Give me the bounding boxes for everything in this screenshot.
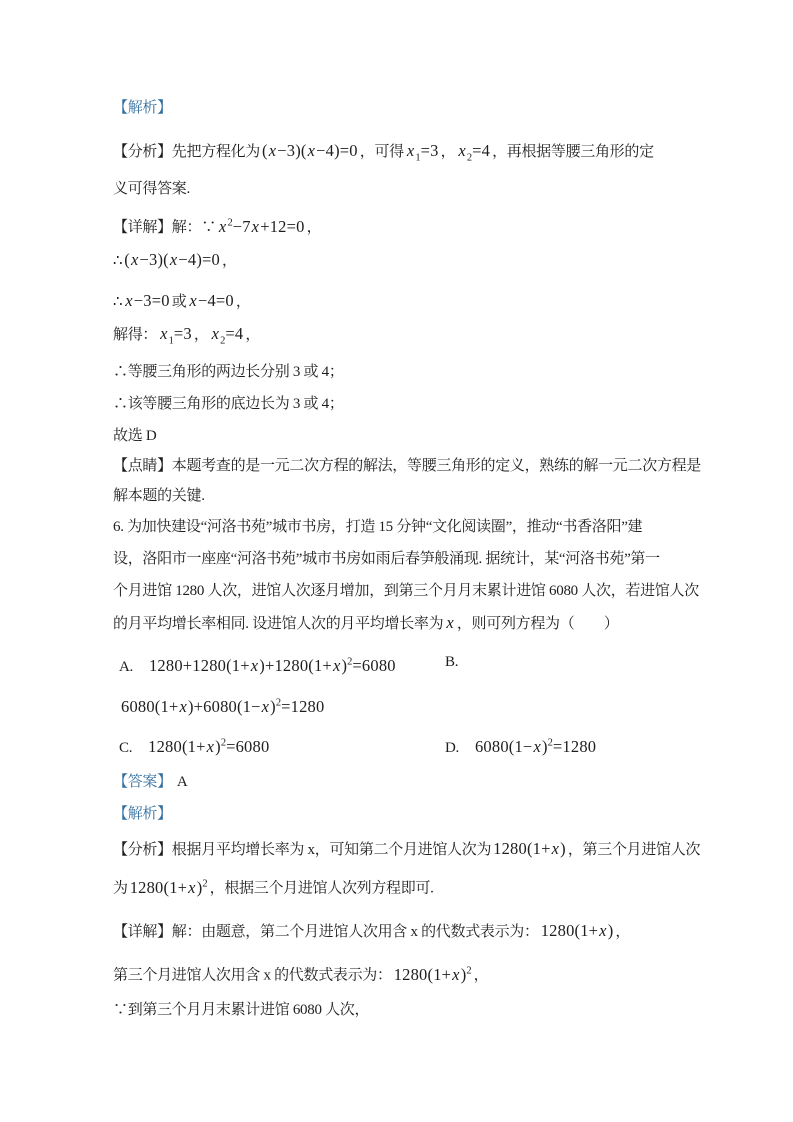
q6-jiexi-line: 【解析】 bbox=[113, 802, 172, 826]
text-segment: 【点睛】本题考查的是一元二次方程的解法，等腰三角形的定义，熟练的解一元二次方程是 bbox=[113, 458, 701, 474]
text-segment: 【详解】解：∵ bbox=[113, 220, 216, 236]
text-segment: 为 bbox=[113, 881, 128, 897]
therefore-symbol: ∴ bbox=[113, 294, 122, 310]
therefore-symbol: ∴ bbox=[113, 253, 122, 269]
math-segment: x−3=0 bbox=[124, 291, 169, 310]
option-a-formula: 1280+1280(1+x)+1280(1+x)2=6080 bbox=[149, 656, 396, 675]
math-segment: x1=3 bbox=[159, 324, 192, 343]
option-b-formula: 6080(1+x)+6080(1−x)2=1280 bbox=[121, 697, 324, 716]
sol5-jiexi-line: 【解析】 bbox=[113, 96, 172, 120]
math-segment: x2=4 bbox=[211, 324, 244, 343]
option-d-label: D. bbox=[445, 740, 459, 756]
q6-answer-line: 【答案】A bbox=[113, 770, 187, 794]
text-segment: ， bbox=[194, 327, 209, 343]
q6-stem-line4: 的月平均增长率相同. 设进馆人次的月平均增长率为x，则可列方程为（ ） bbox=[113, 611, 619, 636]
q6-option-b-formula-row: 6080(1+x)+6080(1−x)2=1280 bbox=[119, 691, 326, 720]
text-segment: 的月平均增长率相同. 设进馆人次的月平均增长率为 bbox=[113, 616, 443, 632]
text-segment: 解本题的关键. bbox=[113, 488, 205, 504]
text-segment: 设，洛阳市一座座“河洛书苑”城市书房如雨后春笋般涌现. 据统计，某“河洛书苑”第… bbox=[113, 551, 660, 567]
math-segment: 1280(1+x) bbox=[493, 839, 566, 858]
q6-detail-line1: 【详解】解：由题意，第二个月进馆人次用含 x 的代数式表示为：1280(1+x)… bbox=[113, 919, 630, 944]
text-segment: ，根据三个月进馆人次列方程即可. bbox=[210, 881, 434, 897]
text-segment: 义可得答案. bbox=[113, 181, 190, 197]
q6-stem-line1: 6. 为加快建设“河洛书苑”城市书房，打造 15 分钟“文化阅读圈”，推动“书香… bbox=[113, 515, 642, 539]
text-segment: ， bbox=[307, 220, 322, 236]
answer-value: A bbox=[177, 774, 188, 790]
math-segment: x2=4 bbox=[457, 141, 490, 160]
sol5-step-factor: ∴(x−3)(x−4)=0， bbox=[113, 248, 237, 273]
sol5-step-or: ∴x−3=0或x−4=0， bbox=[113, 289, 251, 314]
option-d-formula: 6080(1−x)2=1280 bbox=[475, 737, 596, 756]
q6-stem-line2: 设，洛阳市一座座“河洛书苑”城市书房如雨后春笋般涌现. 据统计，某“河洛书苑”第… bbox=[113, 547, 660, 571]
sol5-analysis-line2: 义可得答案. bbox=[113, 177, 190, 201]
text-segment: 故选 D bbox=[113, 428, 156, 444]
q6-analysis-line2: 为1280(1+x)2，根据三个月进馆人次列方程即可. bbox=[113, 872, 434, 901]
jiexi-label: 【解析】 bbox=[113, 100, 172, 116]
option-d-group: D.6080(1−x)2=1280 bbox=[445, 731, 598, 760]
q6-because-line: ∵到第三个月月末累计进馆 6080 人次， bbox=[113, 998, 369, 1022]
text-segment: ， bbox=[615, 924, 630, 940]
because-symbol-text: ∵到第三个月月末累计进馆 6080 人次， bbox=[113, 1002, 369, 1018]
option-a-label: A. bbox=[119, 659, 133, 675]
math-segment: 1280(1+x) bbox=[541, 921, 614, 940]
sol5-note-line2: 解本题的关键. bbox=[113, 484, 205, 508]
sol5-step-sides: ∴等腰三角形的两边长分别 3 或 4； bbox=[113, 360, 344, 384]
text-segment: 解得： bbox=[113, 327, 157, 343]
text-segment: 或 bbox=[172, 294, 187, 310]
math-segment: x bbox=[445, 613, 455, 632]
jiexi-label: 【解析】 bbox=[113, 806, 172, 822]
math-segment: x−4=0 bbox=[188, 291, 233, 310]
text-segment: ， bbox=[236, 294, 251, 310]
text-segment: ， bbox=[474, 968, 489, 984]
sol5-choice-line: 故选 D bbox=[113, 424, 156, 448]
q6-detail-line2: 第三个月进馆人次用含 x 的代数式表示为：1280(1+x)2， bbox=[113, 959, 488, 988]
text-segment: ，第三个月进馆人次 bbox=[568, 842, 700, 858]
q6-analysis-line1: 【分析】根据月平均增长率为 x，可知第二个月进馆人次为1280(1+x)，第三个… bbox=[113, 837, 700, 862]
text-segment: ， bbox=[222, 253, 237, 269]
text-segment: ， bbox=[441, 144, 456, 160]
sol5-note-line1: 【点睛】本题考查的是一元二次方程的解法，等腰三角形的定义，熟练的解一元二次方程是 bbox=[113, 454, 701, 478]
text-segment: ，可得 bbox=[360, 144, 404, 160]
text-segment: 【详解】解：由题意，第二个月进馆人次用含 x 的代数式表示为： bbox=[113, 924, 539, 940]
answer-label: 【答案】 bbox=[113, 774, 172, 790]
text-segment: 6. 为加快建设“河洛书苑”城市书房，打造 15 分钟“文化阅读圈”，推动“书香… bbox=[113, 519, 642, 535]
option-c-formula: 1280(1+x)2=6080 bbox=[148, 737, 269, 756]
text-segment: 【分析】先把方程化为 bbox=[113, 144, 260, 160]
q6-option-row-cd: C.1280(1+x)2=6080 D.6080(1−x)2=1280 bbox=[119, 731, 271, 760]
math-segment: 1280(1+x)2 bbox=[130, 878, 208, 897]
option-b-label: B. bbox=[445, 650, 458, 674]
text-segment: ， bbox=[245, 327, 260, 343]
sol5-step-base: ∴该等腰三角形的底边长为 3 或 4； bbox=[113, 392, 344, 416]
document-page: 【解析】 【分析】先把方程化为(x−3)(x−4)=0，可得x1=3，x2=4，… bbox=[0, 0, 793, 1122]
text-segment: ，则可列方程为（ ） bbox=[457, 616, 619, 632]
sol5-detail-line: 【详解】解：∵x2−7x+12=0， bbox=[113, 211, 321, 240]
text-segment: ，再根据等腰三角形的定 bbox=[492, 144, 654, 160]
math-segment: 1280(1+x)2 bbox=[394, 965, 472, 984]
math-segment: (x−3)(x−4)=0 bbox=[124, 250, 220, 269]
text-segment: ∴该等腰三角形的底边长为 3 或 4； bbox=[113, 396, 344, 412]
q6-option-row-ab: A.1280+1280(1+x)+1280(1+x)2=6080 B. bbox=[119, 650, 398, 679]
math-segment: x1=3 bbox=[406, 141, 439, 160]
math-segment: x2−7x+12=0 bbox=[218, 217, 305, 236]
text-segment: 个月进馆 1280 人次，进馆人次逐月增加，到第三个月月末累计进馆 6080 人… bbox=[113, 583, 699, 599]
text-segment: ∴等腰三角形的两边长分别 3 或 4； bbox=[113, 364, 344, 380]
option-c-label: C. bbox=[119, 740, 132, 756]
sol5-step-solve: 解得：x1=3，x2=4， bbox=[113, 322, 260, 353]
text-segment: 第三个月进馆人次用含 x 的代数式表示为： bbox=[113, 968, 392, 984]
sol5-analysis-line1: 【分析】先把方程化为(x−3)(x−4)=0，可得x1=3，x2=4，再根据等腰… bbox=[113, 139, 654, 170]
text-segment: 【分析】根据月平均增长率为 x，可知第二个月进馆人次为 bbox=[113, 842, 491, 858]
math-segment: (x−3)(x−4)=0 bbox=[262, 141, 358, 160]
q6-stem-line3: 个月进馆 1280 人次，进馆人次逐月增加，到第三个月月末累计进馆 6080 人… bbox=[113, 579, 699, 603]
